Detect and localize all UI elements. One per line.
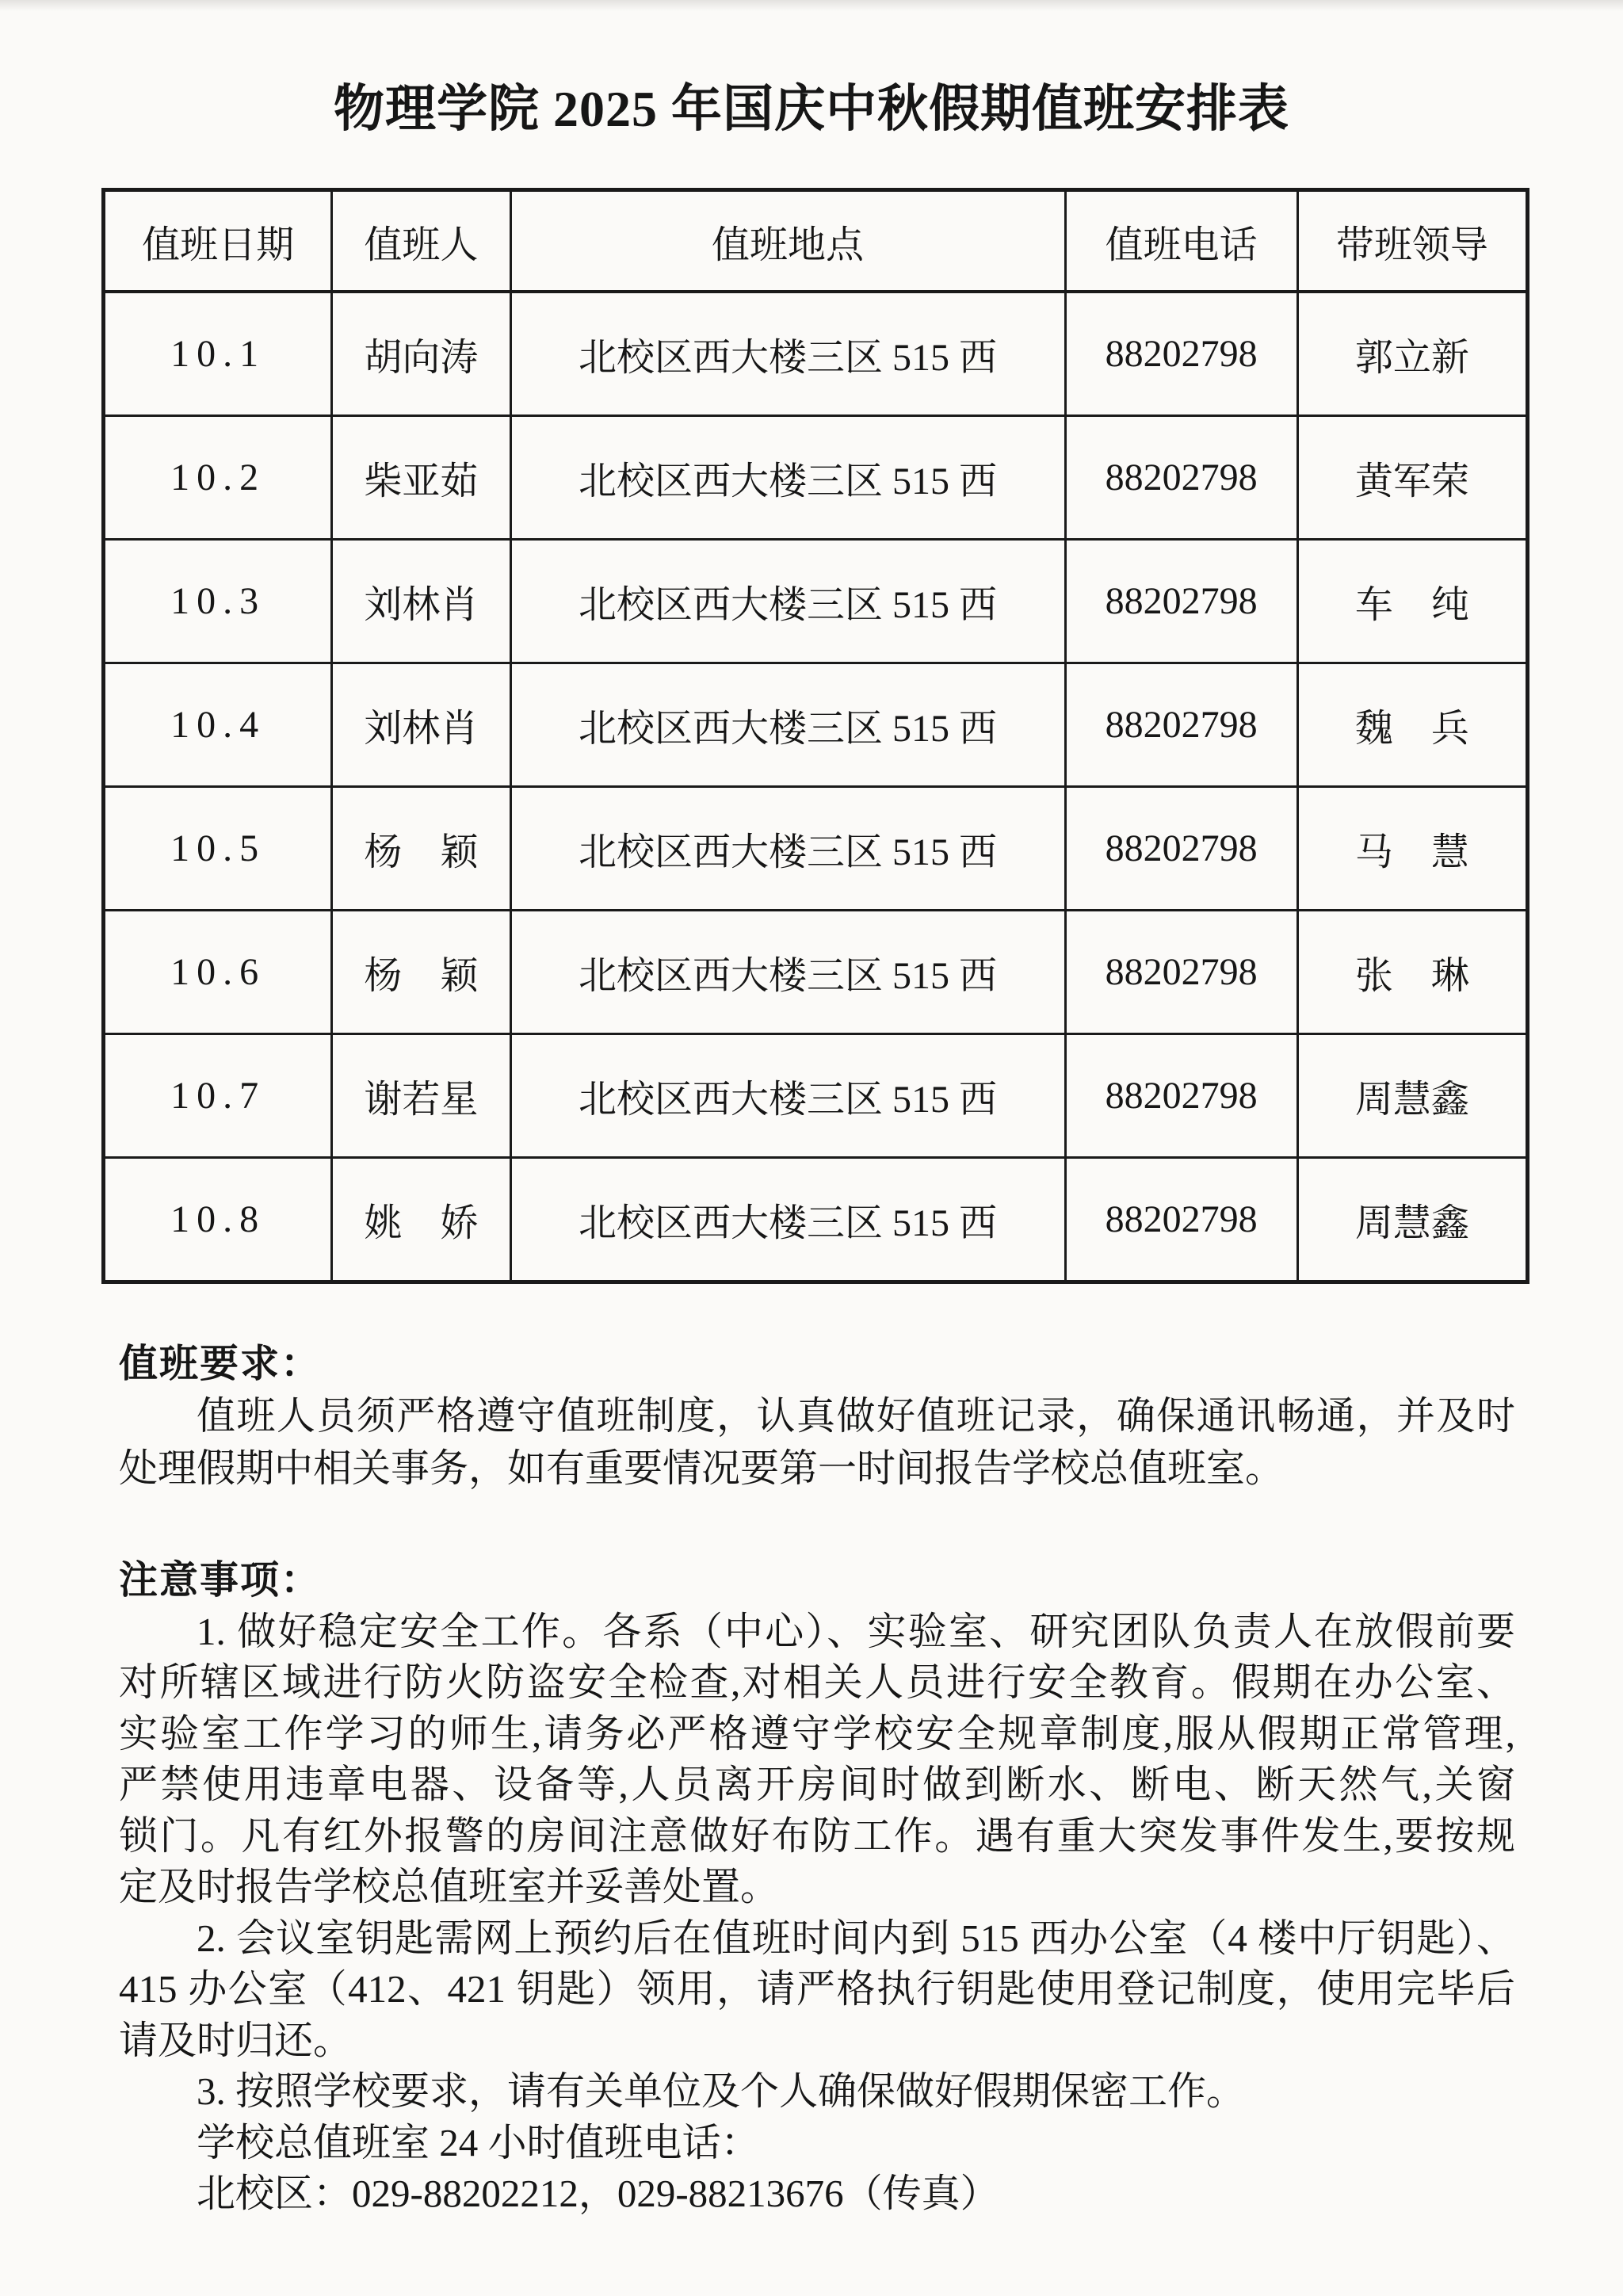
cell-person: 胡向涛 bbox=[332, 292, 510, 416]
header-duty-location: 值班地点 bbox=[510, 190, 1065, 292]
document-title: 物理学院 2025 年国庆中秋假期值班安排表 bbox=[0, 79, 1623, 139]
text-line: 1. 做好稳定安全工作。各系（中心）、实验室、研究团队负责人在放假前要 bbox=[119, 1606, 1515, 1658]
table-header-row: 值班日期 值班人 值班地点 值班电话 带班领导 bbox=[104, 190, 1528, 292]
notes-heading: 注意事项： bbox=[119, 1555, 1515, 1606]
cell-leader: 马 慧 bbox=[1297, 787, 1527, 911]
text-line: 对所辖区域进行防火防盗安全检查,对相关人员进行安全教育。假期在办公室、 bbox=[119, 1657, 1515, 1709]
cell-phone: 88202798 bbox=[1065, 787, 1297, 911]
cell-leader: 周慧鑫 bbox=[1297, 1158, 1527, 1282]
cell-location: 北校区西大楼三区 515 西 bbox=[510, 1158, 1065, 1282]
cell-date: 10.8 bbox=[104, 1158, 332, 1282]
cell-date: 10.6 bbox=[104, 911, 332, 1034]
text-line: 定及时报告学校总值班室并妥善处置。 bbox=[119, 1862, 1515, 1913]
table-row: 10.5杨 颖北校区西大楼三区 515 西88202798马 慧 bbox=[104, 787, 1528, 911]
cell-person: 杨 颖 bbox=[332, 787, 510, 911]
text-line: 415 办公室（412、421 钥匙）领用，请严格执行钥匙使用登记制度，使用完毕… bbox=[119, 1964, 1515, 2015]
cell-location: 北校区西大楼三区 515 西 bbox=[510, 1034, 1065, 1158]
text-line: 严禁使用违章电器、设备等,人员离开房间时做到断水、断电、断天然气,关窗 bbox=[119, 1759, 1515, 1811]
text-line: 实验室工作学习的师生,请务必严格遵守学校安全规章制度,服从假期正常管理, bbox=[119, 1709, 1515, 1760]
cell-date: 10.4 bbox=[104, 663, 332, 787]
cell-phone: 88202798 bbox=[1065, 1034, 1297, 1158]
cell-leader: 车 纯 bbox=[1297, 540, 1527, 663]
text-line: 请及时归还。 bbox=[119, 2015, 1515, 2067]
cell-person: 刘林肖 bbox=[332, 663, 510, 787]
text-line: 锁门。凡有红外报警的房间注意做好布防工作。遇有重大突发事件发生,要按规 bbox=[119, 1811, 1515, 1862]
cell-person: 柴亚茹 bbox=[332, 416, 510, 540]
text-line: 2. 会议室钥匙需网上预约后在值班时间内到 515 西办公室（4 楼中厅钥匙）、 bbox=[119, 1913, 1515, 1965]
cell-leader: 周慧鑫 bbox=[1297, 1034, 1527, 1158]
cell-leader: 郭立新 bbox=[1297, 292, 1527, 416]
table-row: 10.4刘林肖北校区西大楼三区 515 西88202798魏 兵 bbox=[104, 663, 1528, 787]
header-duty-leader: 带班领导 bbox=[1297, 190, 1527, 292]
text-line: 处理假期中相关事务，如有重要情况要第一时间报告学校总值班室。 bbox=[119, 1442, 1515, 1495]
cell-leader: 魏 兵 bbox=[1297, 663, 1527, 787]
table-row: 10.3刘林肖北校区西大楼三区 515 西88202798车 纯 bbox=[104, 540, 1528, 663]
text-line: 3. 按照学校要求，请有关单位及个人确保做好假期保密工作。 bbox=[119, 2066, 1515, 2118]
scanned-document: { "page": { "title": "物理学院 2025 年国庆中秋假期值… bbox=[0, 0, 1623, 2296]
cell-location: 北校区西大楼三区 515 西 bbox=[510, 292, 1065, 416]
cell-phone: 88202798 bbox=[1065, 663, 1297, 787]
table-row: 10.2柴亚茹北校区西大楼三区 515 西88202798黄军荣 bbox=[104, 416, 1528, 540]
table-row: 10.8姚 娇北校区西大楼三区 515 西88202798周慧鑫 bbox=[104, 1158, 1528, 1282]
header-duty-phone: 值班电话 bbox=[1065, 190, 1297, 292]
cell-phone: 88202798 bbox=[1065, 416, 1297, 540]
cell-person: 杨 颖 bbox=[332, 911, 510, 1034]
requirements-heading: 值班要求： bbox=[119, 1338, 1515, 1390]
cell-person: 刘林肖 bbox=[332, 540, 510, 663]
duty-requirements-section: 值班要求： 值班人员须严格遵守值班制度，认真做好值班记录，确保通讯畅通，并及时处… bbox=[119, 1338, 1515, 1495]
cell-person: 谢若星 bbox=[332, 1034, 510, 1158]
cell-person: 姚 娇 bbox=[332, 1158, 510, 1282]
notes-lines: 1. 做好稳定安全工作。各系（中心）、实验室、研究团队负责人在放假前要对所辖区域… bbox=[119, 1606, 1515, 2220]
table-row: 10.7谢若星北校区西大楼三区 515 西88202798周慧鑫 bbox=[104, 1034, 1528, 1158]
header-duty-person: 值班人 bbox=[332, 190, 510, 292]
cell-phone: 88202798 bbox=[1065, 1158, 1297, 1282]
requirements-lines: 值班人员须严格遵守值班制度，认真做好值班记录，确保通讯畅通，并及时处理假期中相关… bbox=[119, 1390, 1515, 1495]
cell-date: 10.2 bbox=[104, 416, 332, 540]
cell-location: 北校区西大楼三区 515 西 bbox=[510, 787, 1065, 911]
header-duty-date: 值班日期 bbox=[104, 190, 332, 292]
notes-section: 注意事项： 1. 做好稳定安全工作。各系（中心）、实验室、研究团队负责人在放假前… bbox=[119, 1555, 1515, 2220]
duty-schedule-table: 值班日期 值班人 值班地点 值班电话 带班领导 10.1胡向涛北校区西大楼三区 … bbox=[101, 188, 1529, 1284]
cell-location: 北校区西大楼三区 515 西 bbox=[510, 663, 1065, 787]
scan-edge-shadow bbox=[0, 0, 1623, 11]
cell-date: 10.7 bbox=[104, 1034, 332, 1158]
cell-date: 10.5 bbox=[104, 787, 332, 911]
cell-date: 10.1 bbox=[104, 292, 332, 416]
cell-location: 北校区西大楼三区 515 西 bbox=[510, 540, 1065, 663]
table-row: 10.1胡向涛北校区西大楼三区 515 西88202798郭立新 bbox=[104, 292, 1528, 416]
table-row: 10.6杨 颖北校区西大楼三区 515 西88202798张 琳 bbox=[104, 911, 1528, 1034]
text-line: 值班人员须严格遵守值班制度，认真做好值班记录，确保通讯畅通，并及时 bbox=[119, 1390, 1515, 1442]
cell-phone: 88202798 bbox=[1065, 911, 1297, 1034]
cell-phone: 88202798 bbox=[1065, 540, 1297, 663]
cell-leader: 张 琳 bbox=[1297, 911, 1527, 1034]
text-line: 学校总值班室 24 小时值班电话： bbox=[119, 2118, 1515, 2169]
text-line: 北校区：029-88202212，029-88213676（传真） bbox=[119, 2168, 1515, 2220]
cell-location: 北校区西大楼三区 515 西 bbox=[510, 416, 1065, 540]
duty-table-body: 10.1胡向涛北校区西大楼三区 515 西88202798郭立新10.2柴亚茹北… bbox=[104, 292, 1528, 1282]
cell-location: 北校区西大楼三区 515 西 bbox=[510, 911, 1065, 1034]
cell-phone: 88202798 bbox=[1065, 292, 1297, 416]
cell-leader: 黄军荣 bbox=[1297, 416, 1527, 540]
cell-date: 10.3 bbox=[104, 540, 332, 663]
